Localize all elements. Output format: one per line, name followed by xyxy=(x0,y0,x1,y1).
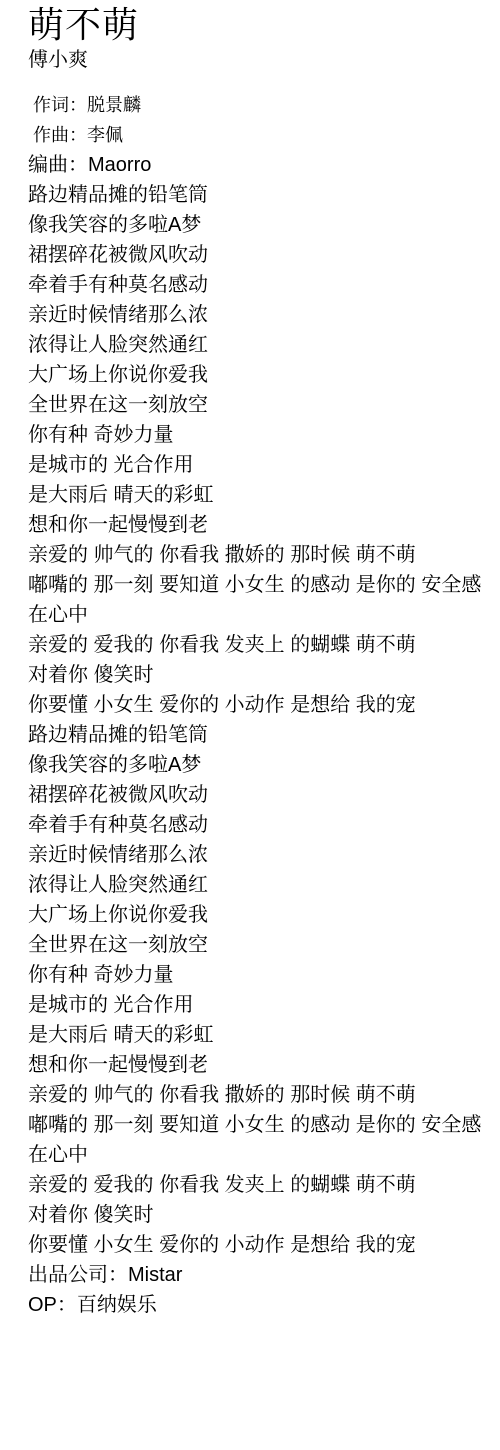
lyric-line: 亲爱的 爱我的 你看我 发夹上 的蝴蝶 萌不萌 xyxy=(28,630,498,660)
lyric-line: 对着你 傻笑时 xyxy=(28,1200,498,1230)
lyric-line: 嘟嘴的 那一刻 要知道 小女生 的感动 是你的 安全感 在心中 xyxy=(28,1110,498,1170)
lyric-line: 对着你 傻笑时 xyxy=(28,660,498,690)
lyric-line: 亲近时候情绪那么浓 xyxy=(28,840,498,870)
lyric-line: 亲爱的 爱我的 你看我 发夹上 的蝴蝶 萌不萌 xyxy=(28,1170,498,1200)
credit-lyricist: 作词：脱景麟 xyxy=(28,90,498,120)
lyric-line: 是大雨后 晴天的彩虹 xyxy=(28,1020,498,1050)
lyric-line: 裙摆碎花被微风吹动 xyxy=(28,240,498,270)
lyric-line: 路边精品摊的铅笔筒 xyxy=(28,720,498,750)
lyric-line: 想和你一起慢慢到老 xyxy=(28,510,498,540)
lyric-line: 想和你一起慢慢到老 xyxy=(28,1050,498,1080)
lyric-line: 是城市的 光合作用 xyxy=(28,990,498,1020)
lyric-line: 像我笑容的多啦A梦 xyxy=(28,210,498,240)
lyric-line: 大广场上你说你爱我 xyxy=(28,900,498,930)
footer-company: 出品公司：Mistar xyxy=(28,1260,498,1290)
song-title: 萌不萌 xyxy=(28,4,498,46)
lyric-line: 嘟嘴的 那一刻 要知道 小女生 的感动 是你的 安全感 在心中 xyxy=(28,570,498,630)
lyric-line: 浓得让人脸突然通红 xyxy=(28,330,498,360)
lyric-line: 是城市的 光合作用 xyxy=(28,450,498,480)
lyric-line: 亲爱的 帅气的 你看我 撒娇的 那时候 萌不萌 xyxy=(28,540,498,570)
lyric-line: 裙摆碎花被微风吹动 xyxy=(28,780,498,810)
lyric-line: 你有种 奇妙力量 xyxy=(28,960,498,990)
lyric-line: 全世界在这一刻放空 xyxy=(28,390,498,420)
lyric-lines-container: 路边精品摊的铅笔筒像我笑容的多啦A梦裙摆碎花被微风吹动牵着手有种莫名感动亲近时候… xyxy=(28,180,498,1260)
credit-arranger: 编曲：Maorro xyxy=(28,150,498,180)
lyric-line: 全世界在这一刻放空 xyxy=(28,930,498,960)
lyric-line: 亲爱的 帅气的 你看我 撒娇的 那时候 萌不萌 xyxy=(28,1080,498,1110)
lyric-line: 路边精品摊的铅笔筒 xyxy=(28,180,498,210)
lyric-line: 牵着手有种莫名感动 xyxy=(28,270,498,300)
lyric-line: 大广场上你说你爱我 xyxy=(28,360,498,390)
lyric-line: 牵着手有种莫名感动 xyxy=(28,810,498,840)
lyric-line: 亲近时候情绪那么浓 xyxy=(28,300,498,330)
lyric-line: 你要懂 小女生 爱你的 小动作 是想给 我的宠 xyxy=(28,690,498,720)
lyric-line: 你有种 奇妙力量 xyxy=(28,420,498,450)
footer-op: OP：百纳娱乐 xyxy=(28,1290,498,1320)
lyrics-page: 萌不萌 傅小爽 作词：脱景麟 作曲：李佩 编曲：Maorro 路边精品摊的铅笔筒… xyxy=(0,0,500,1320)
lyrics-body: 作词：脱景麟 作曲：李佩 编曲：Maorro 路边精品摊的铅笔筒像我笑容的多啦A… xyxy=(28,90,498,1320)
credit-composer: 作曲：李佩 xyxy=(28,120,498,150)
lyric-line: 是大雨后 晴天的彩虹 xyxy=(28,480,498,510)
lyric-line: 你要懂 小女生 爱你的 小动作 是想给 我的宠 xyxy=(28,1230,498,1260)
lyric-line: 像我笑容的多啦A梦 xyxy=(28,750,498,780)
lyric-line: 浓得让人脸突然通红 xyxy=(28,870,498,900)
artist-name: 傅小爽 xyxy=(28,48,498,72)
